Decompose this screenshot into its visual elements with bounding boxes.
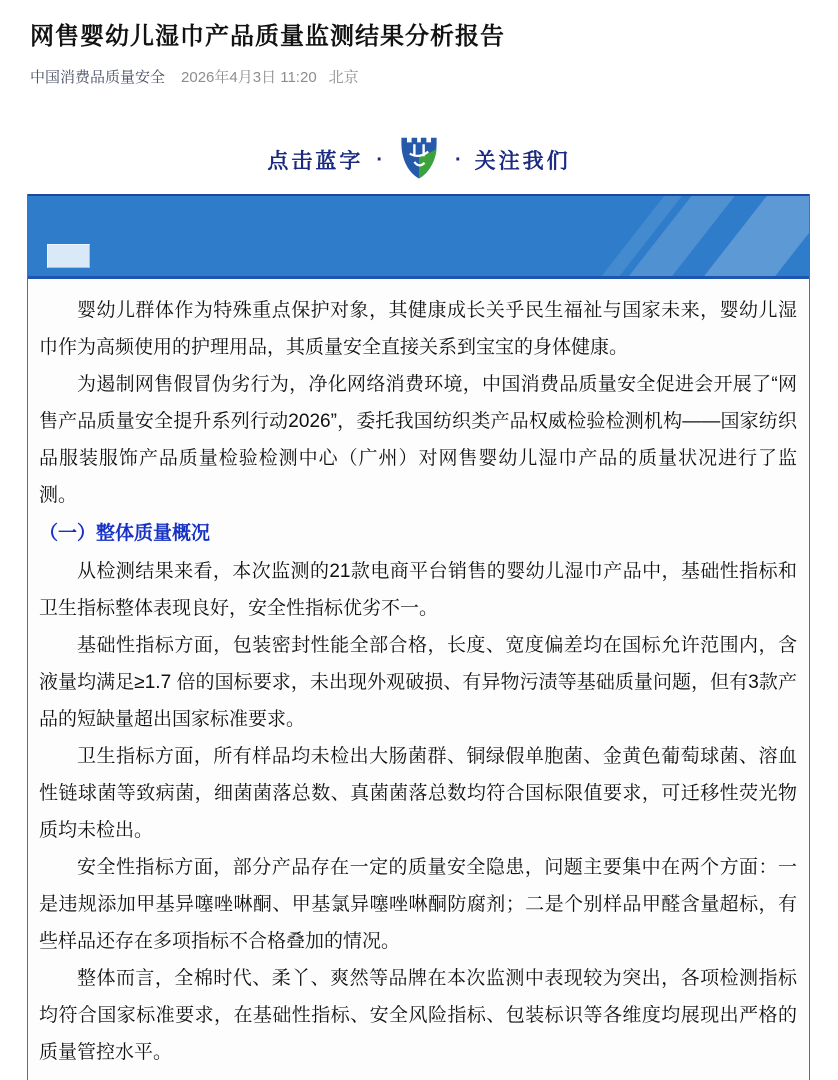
header-banner-image	[28, 194, 809, 279]
article-body: 婴幼儿群体作为特殊重点保护对象，其健康成长关乎民生福祉与国家未来，婴幼儿湿巾作为…	[28, 279, 809, 1071]
paragraph: 安全性指标方面，部分产品存在一定的质量安全隐患，问题主要集中在两个方面：一是违规…	[39, 849, 797, 960]
click-blue-text: 点击蓝字	[267, 145, 363, 175]
follow-banner[interactable]: 点击蓝字 · · 关注我们	[0, 133, 838, 187]
paragraph: 基础性指标方面，包装密封性能全部合格，长度、宽度偏差均在国标允许范围内，含液量均…	[39, 627, 797, 738]
separator-dot: ·	[376, 149, 383, 172]
publish-datetime: 2026年4月3日 11:20	[181, 66, 317, 87]
paragraph: 婴幼儿群体作为特殊重点保护对象，其健康成长关乎民生福祉与国家未来，婴幼儿湿巾作为…	[39, 292, 797, 366]
article-content-card: 婴幼儿群体作为特殊重点保护对象，其健康成长关乎民生福祉与国家未来，婴幼儿湿巾作为…	[27, 194, 810, 1080]
account-name-link[interactable]: 中国消费品质量安全	[30, 66, 165, 87]
paragraph: 为遏制网售假冒伪劣行为，净化网络消费环境，中国消费品质量安全促进会开展了“网售产…	[39, 366, 797, 514]
follow-us-text: 关注我们	[475, 145, 571, 175]
shield-castle-logo-icon	[396, 135, 442, 185]
page-title: 网售婴幼儿湿巾产品质量监测结果分析报告	[30, 16, 808, 51]
separator-dot: ·	[455, 149, 462, 172]
byline: 中国消费品质量安全 2026年4月3日 11:20 北京	[30, 66, 808, 87]
section-heading: （一）整体质量概况	[39, 515, 797, 552]
publish-location: 北京	[329, 66, 359, 87]
paragraph: 整体而言，全棉时代、柔丫、爽然等品牌在本次监测中表现较为突出，各项检测指标均符合…	[39, 960, 797, 1071]
paragraph: 从检测结果来看，本次监测的21款电商平台销售的婴幼儿湿巾产品中，基础性指标和卫生…	[39, 553, 797, 627]
banner-chip	[47, 244, 90, 268]
paragraph: 卫生指标方面，所有样品均未检出大肠菌群、铜绿假单胞菌、金黄色葡萄球菌、溶血性链球…	[39, 738, 797, 849]
